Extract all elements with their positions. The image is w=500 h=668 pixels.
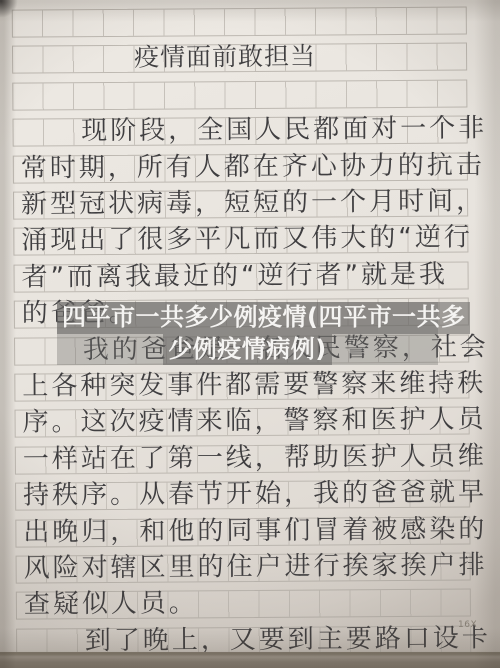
photo-watermark: 16X <box>458 620 477 630</box>
essay-line: 者”而离我最近的“逆行者”就是我 <box>21 258 448 293</box>
essay-line: 出晚归，和他的同事们冒着被感染的 <box>23 513 487 548</box>
essay-line: 上各种突发事件都需要警察来维持秩 <box>22 367 486 402</box>
essay-line: 一样站在了第一线，帮助医护人员维 <box>23 440 487 475</box>
essay-line: 现阶段，全国人民都面对一个非 <box>81 113 487 148</box>
grid-row <box>12 79 467 110</box>
essay-line: 新型冠状病毒，短短的一个月时间， <box>21 185 485 220</box>
essay-line: 常时期，所有人都在齐心协力的抗击 <box>21 149 485 184</box>
photo-of-essay: 疫情面前敢担当 现阶段，全国人民都面对一个非常时期，所有人都在齐心协力的抗击新型… <box>0 0 500 668</box>
essay-line: 查疑似人员。 <box>24 588 198 621</box>
banner-text-line2: 少例疫情病例) <box>57 334 438 366</box>
essay-line: 序。这次疫情来临，警察和医护人员 <box>23 404 487 439</box>
essay-line: 持秩序。从春节开始，我的爸爸就早 <box>23 477 487 512</box>
essay-title: 疫情面前敢担当 <box>134 41 316 74</box>
essay-line: 风险对辖区里的住户进行挨家挨户排 <box>24 549 488 584</box>
grid-row <box>12 6 467 37</box>
banner-text-line1-label: 四平市一共多少例疫情(四平市一共多 <box>57 302 470 334</box>
paper-bottom-edge <box>0 652 500 668</box>
watermark-banner: 四平市一共多少例疫情(四平市一共多 少例疫情病例) <box>57 302 438 365</box>
essay-line: 涌现出了很多平凡而又伟大的“逆行 <box>21 222 473 257</box>
banner-text-line1: 四平市一共多少例疫情(四平市一共多 <box>57 302 438 334</box>
banner-text-line2-label: 少例疫情病例) <box>163 334 331 366</box>
